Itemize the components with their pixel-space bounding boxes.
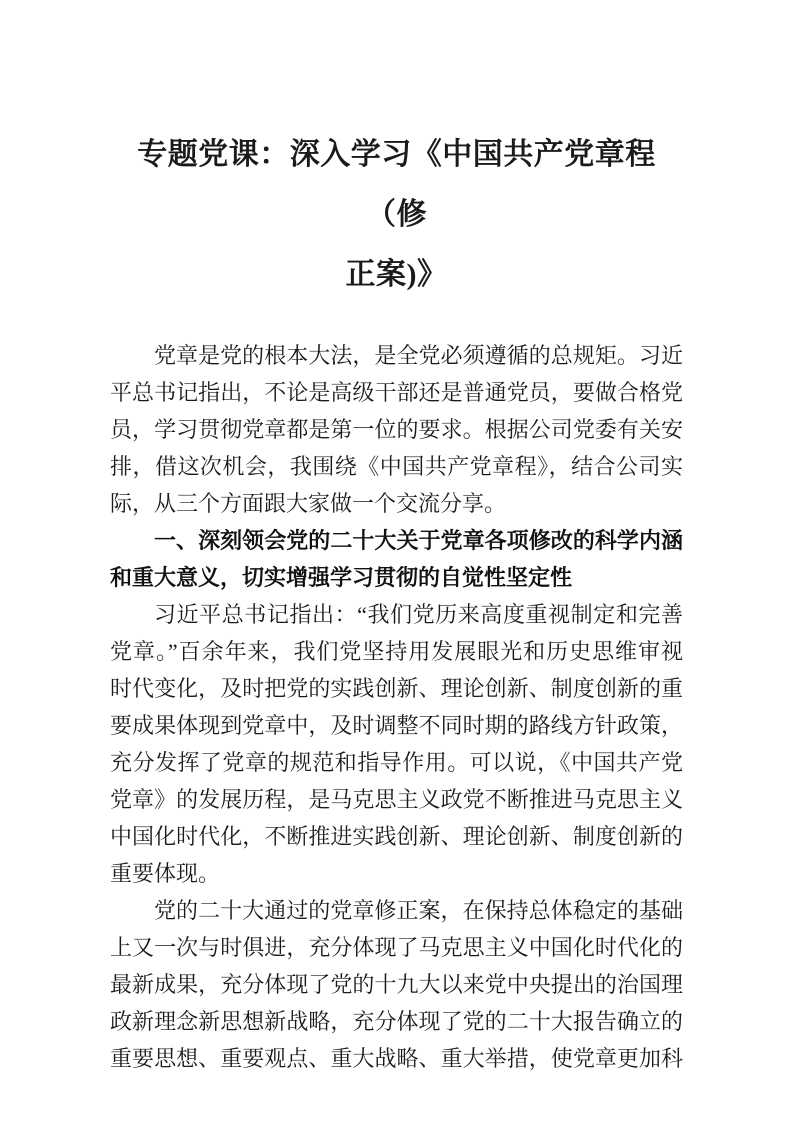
text-line: 习近平总书记指出：“我们党历来高度重视制定和完善 <box>110 596 683 633</box>
text-line: 重要体现。 <box>110 855 683 892</box>
paragraph-section1-a: 习近平总书记指出：“我们党历来高度重视制定和完善 党章。”百余年来，我们党坚持用… <box>110 596 683 892</box>
text-line: 最新成果，充分体现了党的十九大以来党中央提出的治国理 <box>110 966 683 1003</box>
paragraph-intro: 党章是党的根本大法，是全党必须遵循的总规矩。习近 平总书记指出，不论是高级干部还… <box>110 337 683 522</box>
text-line: 际，从三个方面跟大家做一个交流分享。 <box>110 485 683 522</box>
text-line: 政新理念新思想新战略，充分体现了党的二十大报告确立的 <box>110 1003 683 1040</box>
document-body: 党章是党的根本大法，是全党必须遵循的总规矩。习近 平总书记指出，不论是高级干部还… <box>110 337 683 1077</box>
text-line: 时代变化，及时把党的实践创新、理论创新、制度创新的重 <box>110 670 683 707</box>
text-line: 党章。”百余年来，我们党坚持用发展眼光和历史思维审视 <box>110 633 683 670</box>
text-line: 排，借这次机会，我围绕《中国共产党章程》，结合公司实 <box>110 448 683 485</box>
text-line: 充分发挥了党章的规范和指导作用。可以说，《中国共产党 <box>110 744 683 781</box>
text-line: 要成果体现到党章中，及时调整不同时期的路线方针政策， <box>110 707 683 744</box>
title-line: 正案)》 <box>110 245 683 305</box>
text-line: 重要思想、重要观点、重大战略、重大举措，使党章更加科 <box>110 1040 683 1077</box>
heading-line: 和重大意义，切实增强学习贯彻的自觉性坚定性 <box>110 559 683 596</box>
text-line: 员，学习贯彻党章都是第一位的要求。根据公司党委有关安 <box>110 411 683 448</box>
text-line: 党章》的发展历程，是马克思主义政党不断推进马克思主义 <box>110 781 683 818</box>
text-line: 党的二十大通过的党章修正案，在保持总体稳定的基础 <box>110 892 683 929</box>
heading-line: 一、深刻领会党的二十大关于党章各项修改的科学内涵 <box>110 522 683 559</box>
title-line: 专题党课：深入学习《中国共产党章程（修 <box>110 125 683 245</box>
section-heading-1: 一、深刻领会党的二十大关于党章各项修改的科学内涵 和重大意义，切实增强学习贯彻的… <box>110 522 683 596</box>
text-line: 中国化时代化，不断推进实践创新、理论创新、制度创新的 <box>110 818 683 855</box>
text-line: 平总书记指出，不论是高级干部还是普通党员，要做合格党 <box>110 374 683 411</box>
document-page: 专题党课：深入学习《中国共产党章程（修 正案)》 党章是党的根本大法，是全党必须… <box>0 0 793 1122</box>
paragraph-section1-b: 党的二十大通过的党章修正案，在保持总体稳定的基础 上又一次与时俱进，充分体现了马… <box>110 892 683 1077</box>
document-title: 专题党课：深入学习《中国共产党章程（修 正案)》 <box>110 125 683 305</box>
text-line: 上又一次与时俱进，充分体现了马克思主义中国化时代化的 <box>110 929 683 966</box>
text-line: 党章是党的根本大法，是全党必须遵循的总规矩。习近 <box>110 337 683 374</box>
